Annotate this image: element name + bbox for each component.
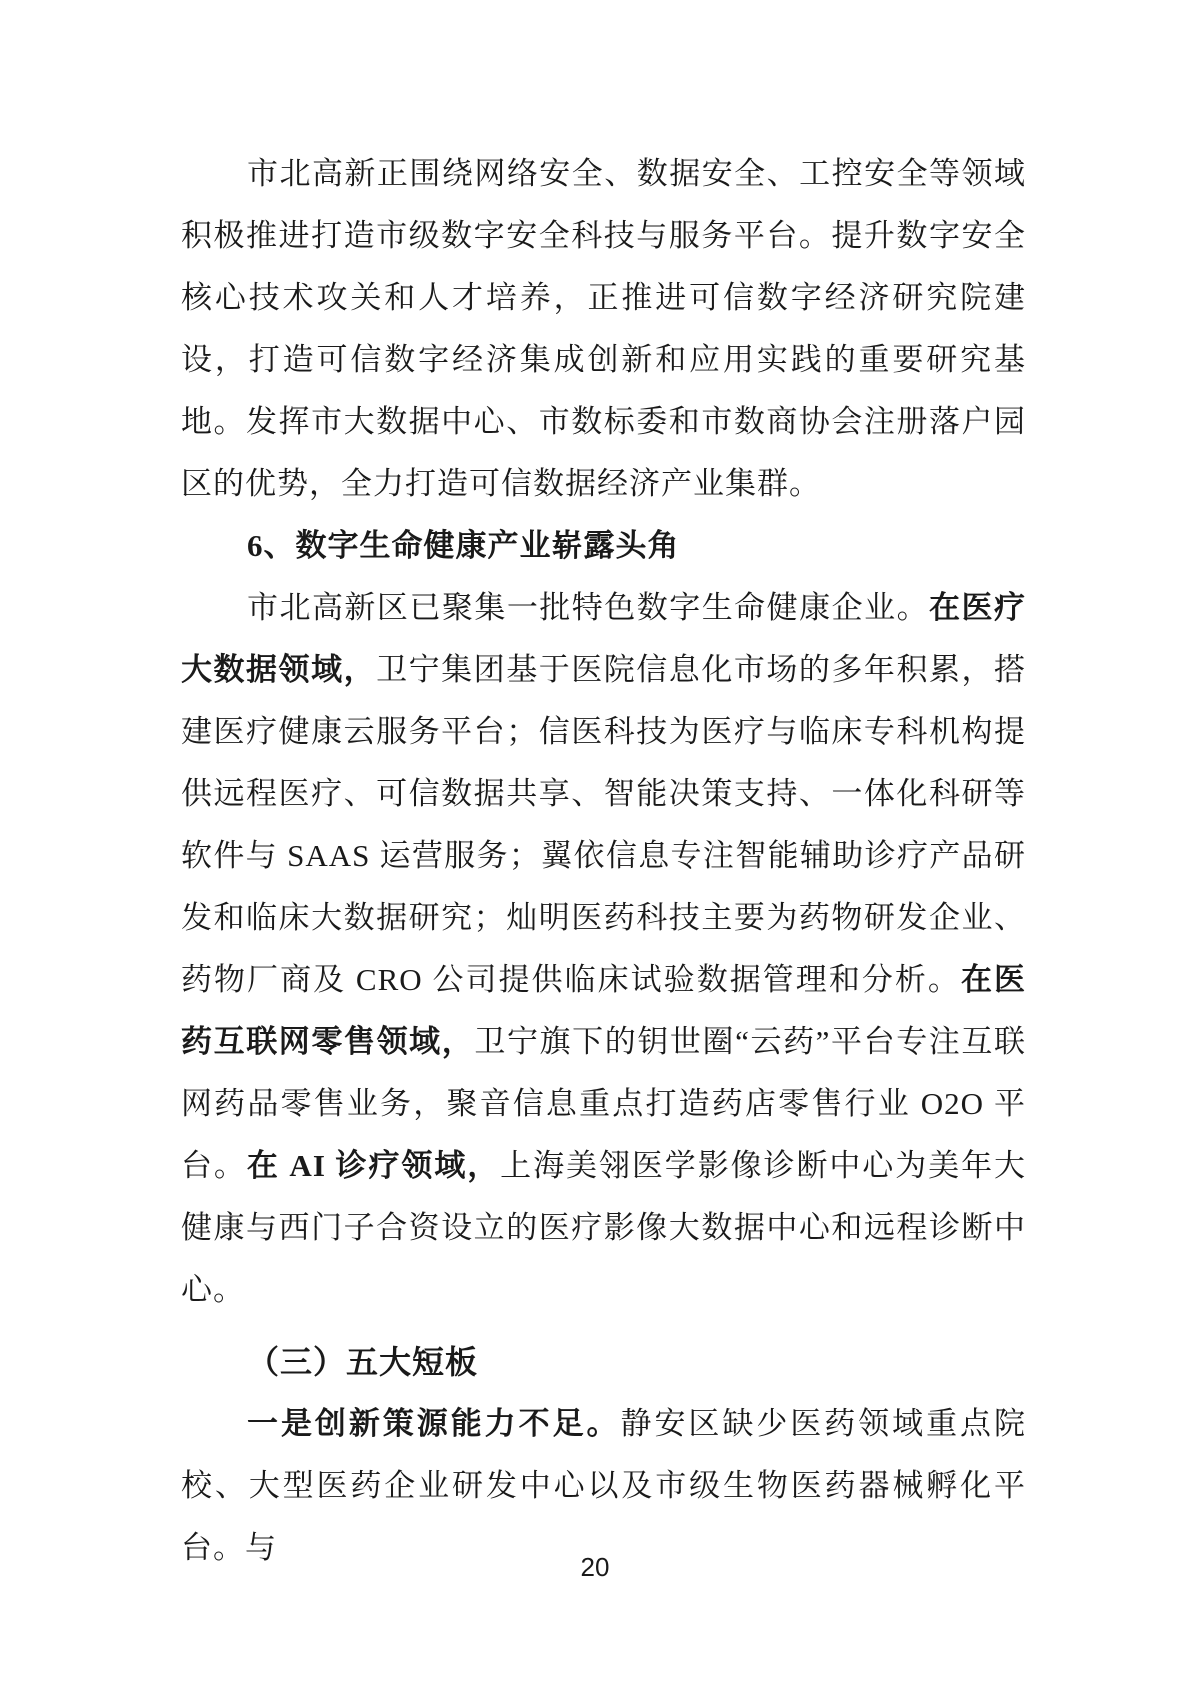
heading-five-shortcomings: （三）五大短板 xyxy=(181,1331,1026,1393)
document-page: 市北高新正围绕网络安全、数据安全、工控安全等领域积极推进打造市级数字安全科技与服… xyxy=(0,0,1190,1682)
text-segment-emphasis-ai-diagnosis: 在 AI 诊疗领域， xyxy=(247,1148,500,1183)
page-number: 20 xyxy=(0,1552,1190,1583)
paragraph-digital-security: 市北高新正围绕网络安全、数据安全、工控安全等领域积极推进打造市级数字安全科技与服… xyxy=(181,143,1026,515)
paragraph-digital-life-health-companies: 市北高新区已聚集一批特色数字生命健康企业。在医疗大数据领域，卫宁集团基于医院信息… xyxy=(181,577,1026,1321)
text-segment: 卫宁集团基于医院信息化市场的多年积累，搭建医疗健康云服务平台；信医科技为医疗与临… xyxy=(181,652,1026,997)
document-content: 市北高新正围绕网络安全、数据安全、工控安全等领域积极推进打造市级数字安全科技与服… xyxy=(181,143,1026,1579)
text-segment-emphasis-innovation-capacity: 一是创新策源能力不足。 xyxy=(247,1406,621,1441)
heading-digital-life-health-industry: 6、数字生命健康产业崭露头角 xyxy=(181,515,1026,577)
text-segment: 市北高新区已聚集一批特色数字生命健康企业。 xyxy=(247,590,929,625)
